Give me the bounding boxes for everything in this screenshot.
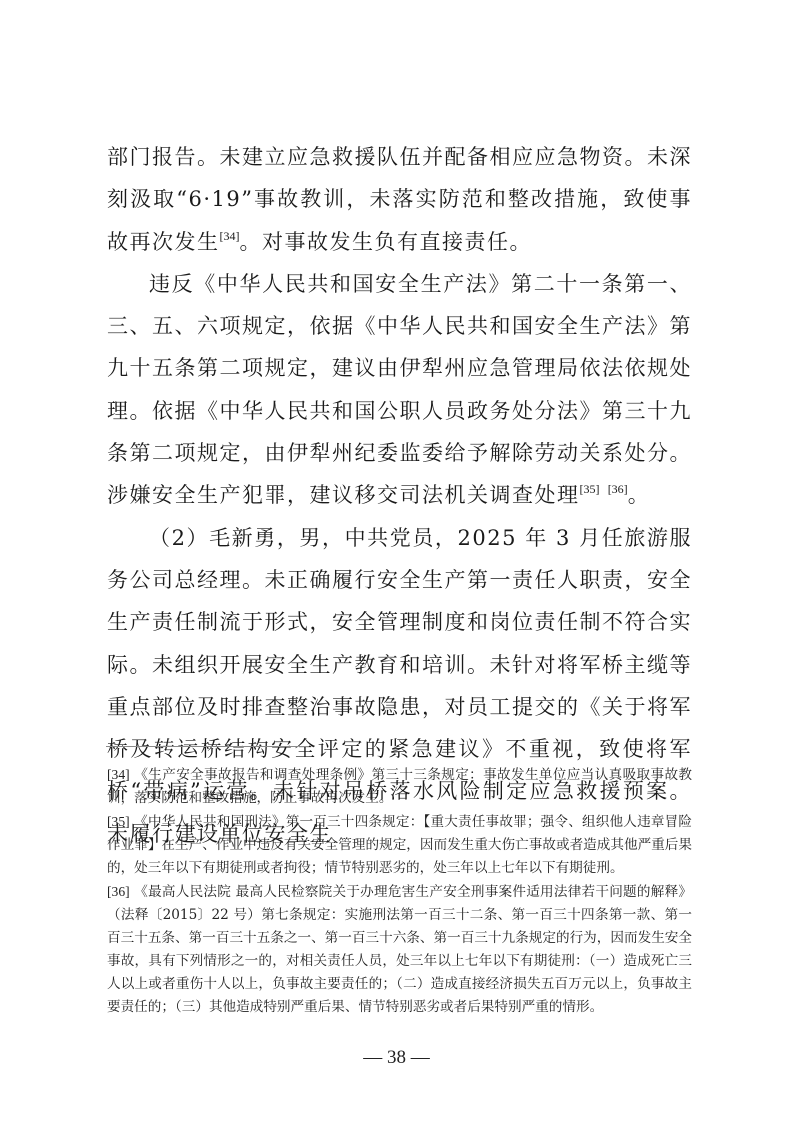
footnote-ref-35[interactable]: [35] — [580, 482, 600, 496]
footnote-text: 《生产安全事故报告和调查处理条例》第三十三条规定：事故发生单位应当认真吸取事故教… — [107, 767, 692, 806]
page-number: — 38 — — [0, 1047, 793, 1069]
footnotes: [34] 《生产安全事故报告和调查处理条例》第三十三条规定：事故发生单位应当认真… — [107, 763, 692, 1019]
footnote-number: [34] — [107, 767, 130, 782]
body-text: 部门报告。未建立应急救援队伍并配备相应应急物资。未深刻汲取“6·19”事故教训，… — [107, 136, 692, 855]
footnote-35: [35] 《中华人民共和国刑法》第一百三十四条规定：【重大责任事故罪；强令、组织… — [107, 810, 692, 880]
footnote-text: 《最高人民法院 最高人民检察院关于办理危害生产安全刑事案件适用法律若干问题的解释… — [107, 884, 692, 1015]
footnote-number: [35] — [107, 814, 130, 829]
footnote-34: [34] 《生产安全事故报告和调查处理条例》第三十三条规定：事故发生单位应当认真… — [107, 763, 692, 810]
document-page: 部门报告。未建立应急救援队伍并配备相应应急物资。未深刻汲取“6·19”事故教训，… — [0, 0, 793, 1122]
paragraph-2: 违反《中华人民共和国安全生产法》第二十一条第一、三、五、六项规定，依据《中华人民… — [107, 263, 692, 517]
paragraph-text-tail: 。对事故发生负有直接责任。 — [240, 230, 533, 254]
footnote-text: 《中华人民共和国刑法》第一百三十四条规定：【重大责任事故罪；强令、组织他人违章冒… — [107, 814, 692, 876]
footnote-ref-34[interactable]: [34] — [220, 229, 240, 243]
paragraph-text-tail: 。 — [628, 483, 651, 507]
footnote-36: [36] 《最高人民法院 最高人民检察院关于办理危害生产安全刑事案件适用法律若干… — [107, 880, 692, 1019]
paragraph-1: 部门报告。未建立应急救援队伍并配备相应应急物资。未深刻汲取“6·19”事故教训，… — [107, 136, 692, 263]
footnote-separator — [106, 746, 298, 747]
paragraph-text: 违反《中华人民共和国安全生产法》第二十一条第一、三、五、六项规定，依据《中华人民… — [107, 272, 692, 507]
footnote-ref-36[interactable]: [36] — [608, 482, 628, 496]
footnote-number: [36] — [107, 884, 130, 899]
